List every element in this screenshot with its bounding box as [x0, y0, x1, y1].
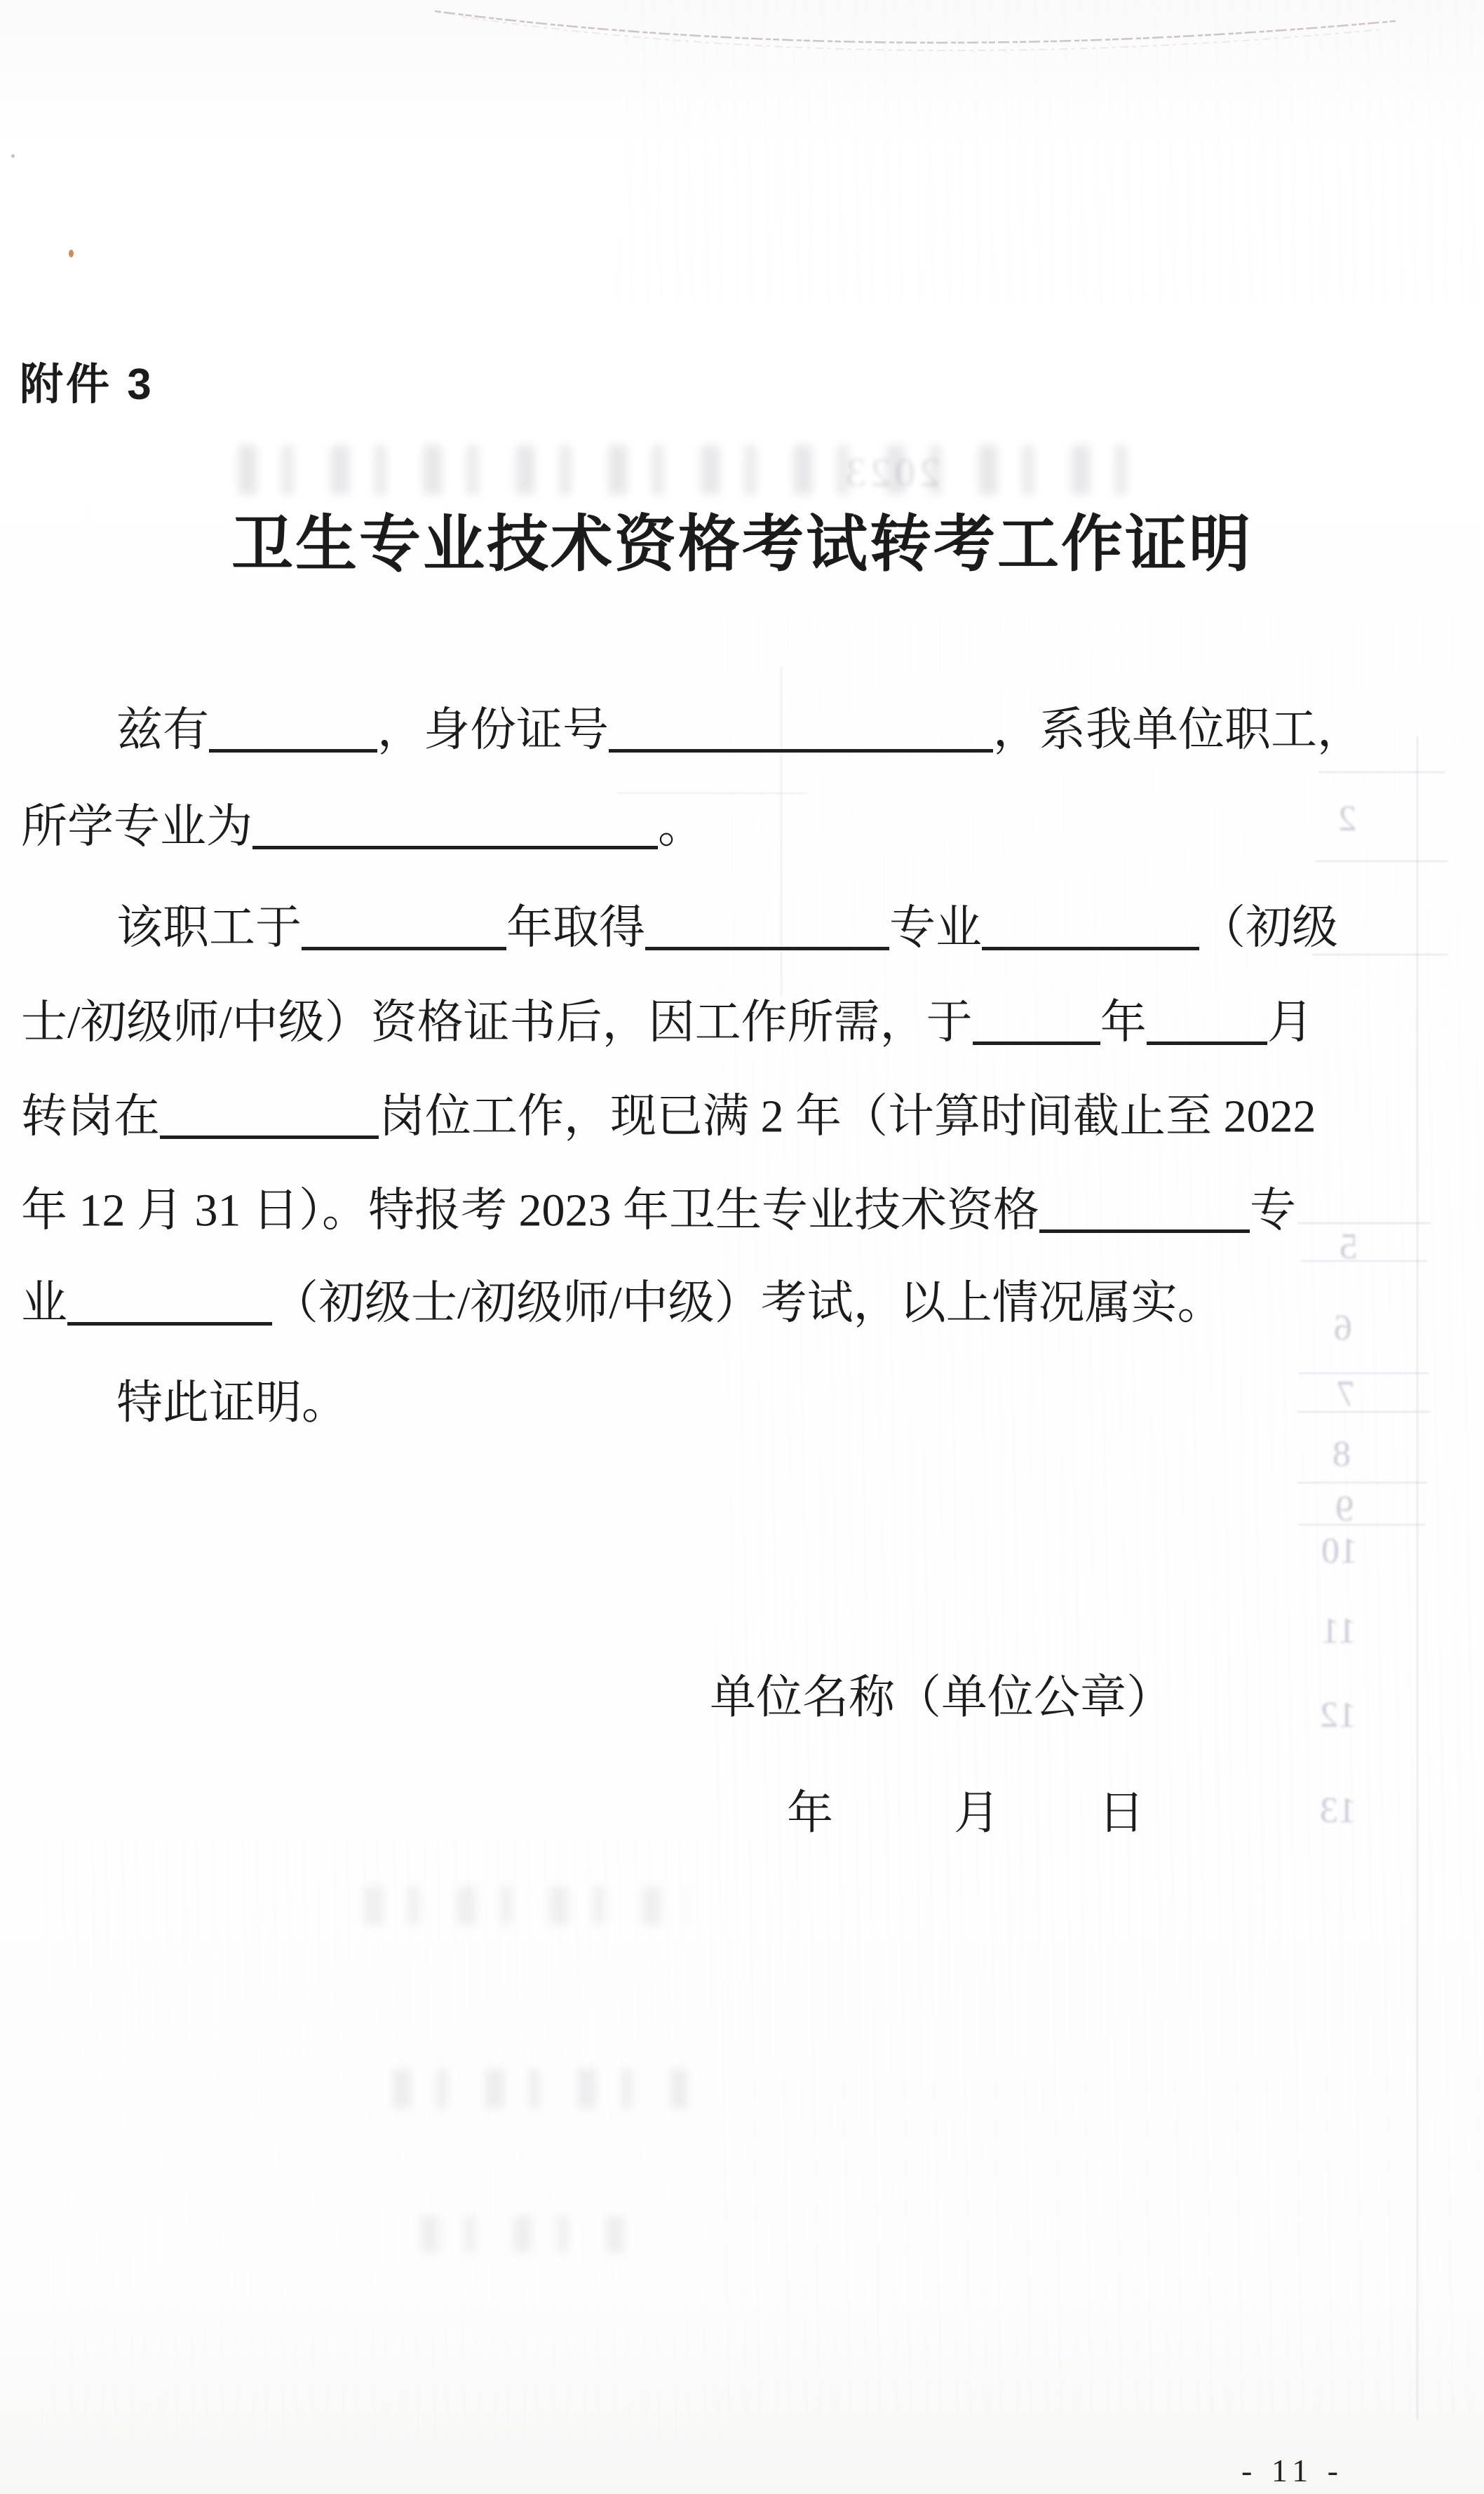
scanned-page: 2023 25678910111213 附件 3 卫生专业技术资格考试转考工作证… — [0, 0, 1484, 2494]
form-line-7: 业（初级士/初级师/中级）考试，以上情况属实。 — [21, 1278, 1224, 1327]
blank-field — [1039, 1185, 1250, 1233]
bleed-through-digit: 10 — [1321, 1533, 1358, 1570]
bleed-through-table-line — [1297, 1411, 1431, 1413]
bleed-through-digit: 8 — [1333, 1436, 1351, 1473]
scan-noise — [42, 1838, 729, 2441]
blank-field — [252, 802, 658, 849]
signature-year-label: 年 — [787, 1791, 833, 1837]
bleed-through-table-line — [617, 793, 807, 794]
bleed-through-table-line — [1297, 1482, 1427, 1483]
bleed-through-digit: 9 — [1335, 1491, 1354, 1528]
text-segment: 所学专业为 — [21, 802, 252, 853]
bleed-through-smudge — [393, 2069, 687, 2108]
text-segment: 专业 — [889, 903, 982, 954]
text-segment: 专 — [1250, 1185, 1296, 1236]
text-segment: ，系我单位职工， — [993, 705, 1363, 756]
text-segment: 士/初级师/中级）资格证书后，因工作所需，于 — [21, 997, 973, 1049]
bleed-through-table-line — [1315, 861, 1448, 862]
blank-field — [973, 997, 1100, 1045]
signature-unit-label: 单位名称（单位公章） — [710, 1675, 1173, 1721]
form-line-6: 年 12 月 31 日）。特报考 2023 年卫生专业技术资格专 — [21, 1185, 1296, 1234]
bleed-through-table-line — [1299, 1524, 1425, 1525]
bleed-through-digit: 11 — [1321, 1613, 1356, 1650]
blank-field — [160, 1091, 379, 1139]
bleed-through-table-line — [1299, 1373, 1429, 1374]
page-curl-scan-line — [0, 0, 1484, 112]
bleed-through-digit: 7 — [1337, 1376, 1355, 1413]
text-segment: 年取得 — [506, 903, 645, 954]
text-segment: 年 — [1100, 997, 1147, 1049]
form-line-2: 所学专业为。 — [21, 802, 704, 851]
document-title: 卫生专业技术资格考试转考工作证明 — [0, 495, 1484, 584]
signature-day-label: 日 — [1098, 1791, 1145, 1837]
bleed-through-table-line — [1297, 1222, 1431, 1224]
text-segment: （初级士/初级师/中级）考试，以上情况属实。 — [272, 1278, 1224, 1329]
bleed-through-digit: 2 — [1338, 801, 1356, 837]
page-number: - 11 - — [1241, 2452, 1344, 2489]
blank-field — [209, 705, 377, 753]
text-segment: 业 — [21, 1278, 67, 1329]
bleed-through-table-line — [1301, 1260, 1427, 1262]
scan-noise — [715, 617, 1480, 2413]
blank-field — [1147, 997, 1267, 1045]
closing-statement: 特此证明。 — [116, 1380, 348, 1427]
text-segment: 年 12 月 31 日）。特报考 2023 年卫生专业技术资格 — [21, 1185, 1039, 1236]
form-line-1: 兹有，身份证号，系我单位职工， — [21, 705, 1363, 754]
text-segment: 月 — [1267, 997, 1314, 1049]
text-segment: 兹有 — [116, 705, 209, 756]
bleed-through-digit: 13 — [1320, 1793, 1356, 1829]
ink-speck — [69, 250, 74, 257]
signature-month-label: 月 — [954, 1791, 1000, 1837]
text-segment: ，身份证号 — [377, 705, 609, 756]
bleed-through-table-line — [1318, 771, 1445, 773]
scan-noise — [617, 0, 1484, 302]
bleed-through-smudge — [421, 2216, 631, 2253]
blank-field — [982, 903, 1199, 950]
bleed-through-smudge — [365, 1887, 687, 1925]
bleed-through-digit: 6 — [1334, 1310, 1352, 1347]
bleed-through-table-line — [1417, 736, 1418, 2420]
text-segment: （初级 — [1199, 903, 1338, 954]
bleed-through-year-text: 2023 — [842, 452, 940, 493]
text-segment: 。 — [658, 802, 704, 853]
form-line-4: 士/初级师/中级）资格证书后，因工作所需，于年月 — [21, 997, 1314, 1046]
text-segment: 该职工于 — [116, 903, 302, 954]
bleed-through-table-line — [1311, 954, 1448, 955]
ink-speck — [11, 154, 15, 158]
form-line-3: 该职工于年取得专业（初级 — [21, 903, 1338, 952]
blank-field — [609, 705, 993, 753]
bleed-through-digit: 12 — [1320, 1697, 1356, 1734]
attachment-label: 附件 3 — [20, 349, 154, 412]
text-segment: 岗位工作，现已满 2 年（计算时间截止至 2022 — [379, 1091, 1316, 1142]
bleed-through-smudge — [238, 445, 1136, 494]
blank-field — [302, 903, 506, 950]
form-line-5: 转岗在岗位工作，现已满 2 年（计算时间截止至 2022 — [21, 1091, 1316, 1140]
bleed-through-digit: 5 — [1340, 1229, 1358, 1265]
blank-field — [67, 1278, 272, 1326]
text-segment: 转岗在 — [21, 1091, 160, 1142]
blank-field — [645, 903, 889, 950]
